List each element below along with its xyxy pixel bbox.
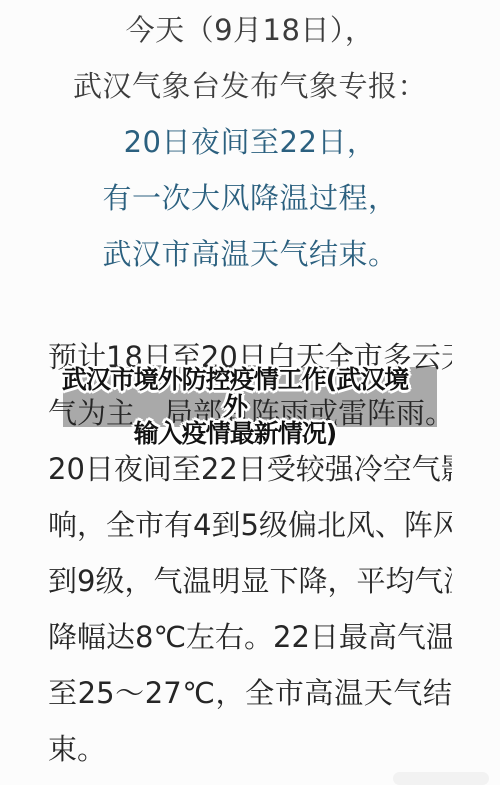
headline-overlay-title: 武汉市境外防控疫情工作(武汉境外 输入疫情最新情况) (55, 366, 415, 447)
date-line: 今天（9月18日）， (0, 2, 500, 58)
highlight-line-1: 20日夜间至22日， (0, 114, 500, 170)
headline-title-line-2: 输入疫情最新情况) (55, 420, 415, 447)
issuer-line: 武汉气象台发布气象专报： (0, 58, 500, 114)
highlight-line-2: 有一次大风降温过程， (0, 170, 500, 226)
forecast-text-line: 20日夜间至22日受较强冷空气影 (48, 441, 452, 497)
forecast-text-line: 到9级，气温明显下降，平均气温 (48, 553, 452, 609)
forecast-text-line: 至25～27℃，全市高温天气结 (48, 665, 452, 721)
forecast-text-line: 响，全市有4到5级偏北风、阵风6 (48, 497, 452, 553)
weather-bulletin-card: 今天（9月18日）， 武汉气象台发布气象专报： 20日夜间至22日， 有一次大风… (0, 0, 500, 785)
headline-title-line-1: 武汉市境外防控疫情工作(武汉境外 (55, 366, 415, 420)
highlight-line-3: 武汉市高温天气结束。 (0, 226, 500, 282)
forecast-text-line: 降幅达8℃左右。22日最高气温降 (48, 609, 452, 665)
forecast-text-line: 束。 (48, 721, 452, 777)
bulletin-header: 今天（9月18日）， 武汉气象台发布气象专报： 20日夜间至22日， 有一次大风… (0, 2, 500, 282)
